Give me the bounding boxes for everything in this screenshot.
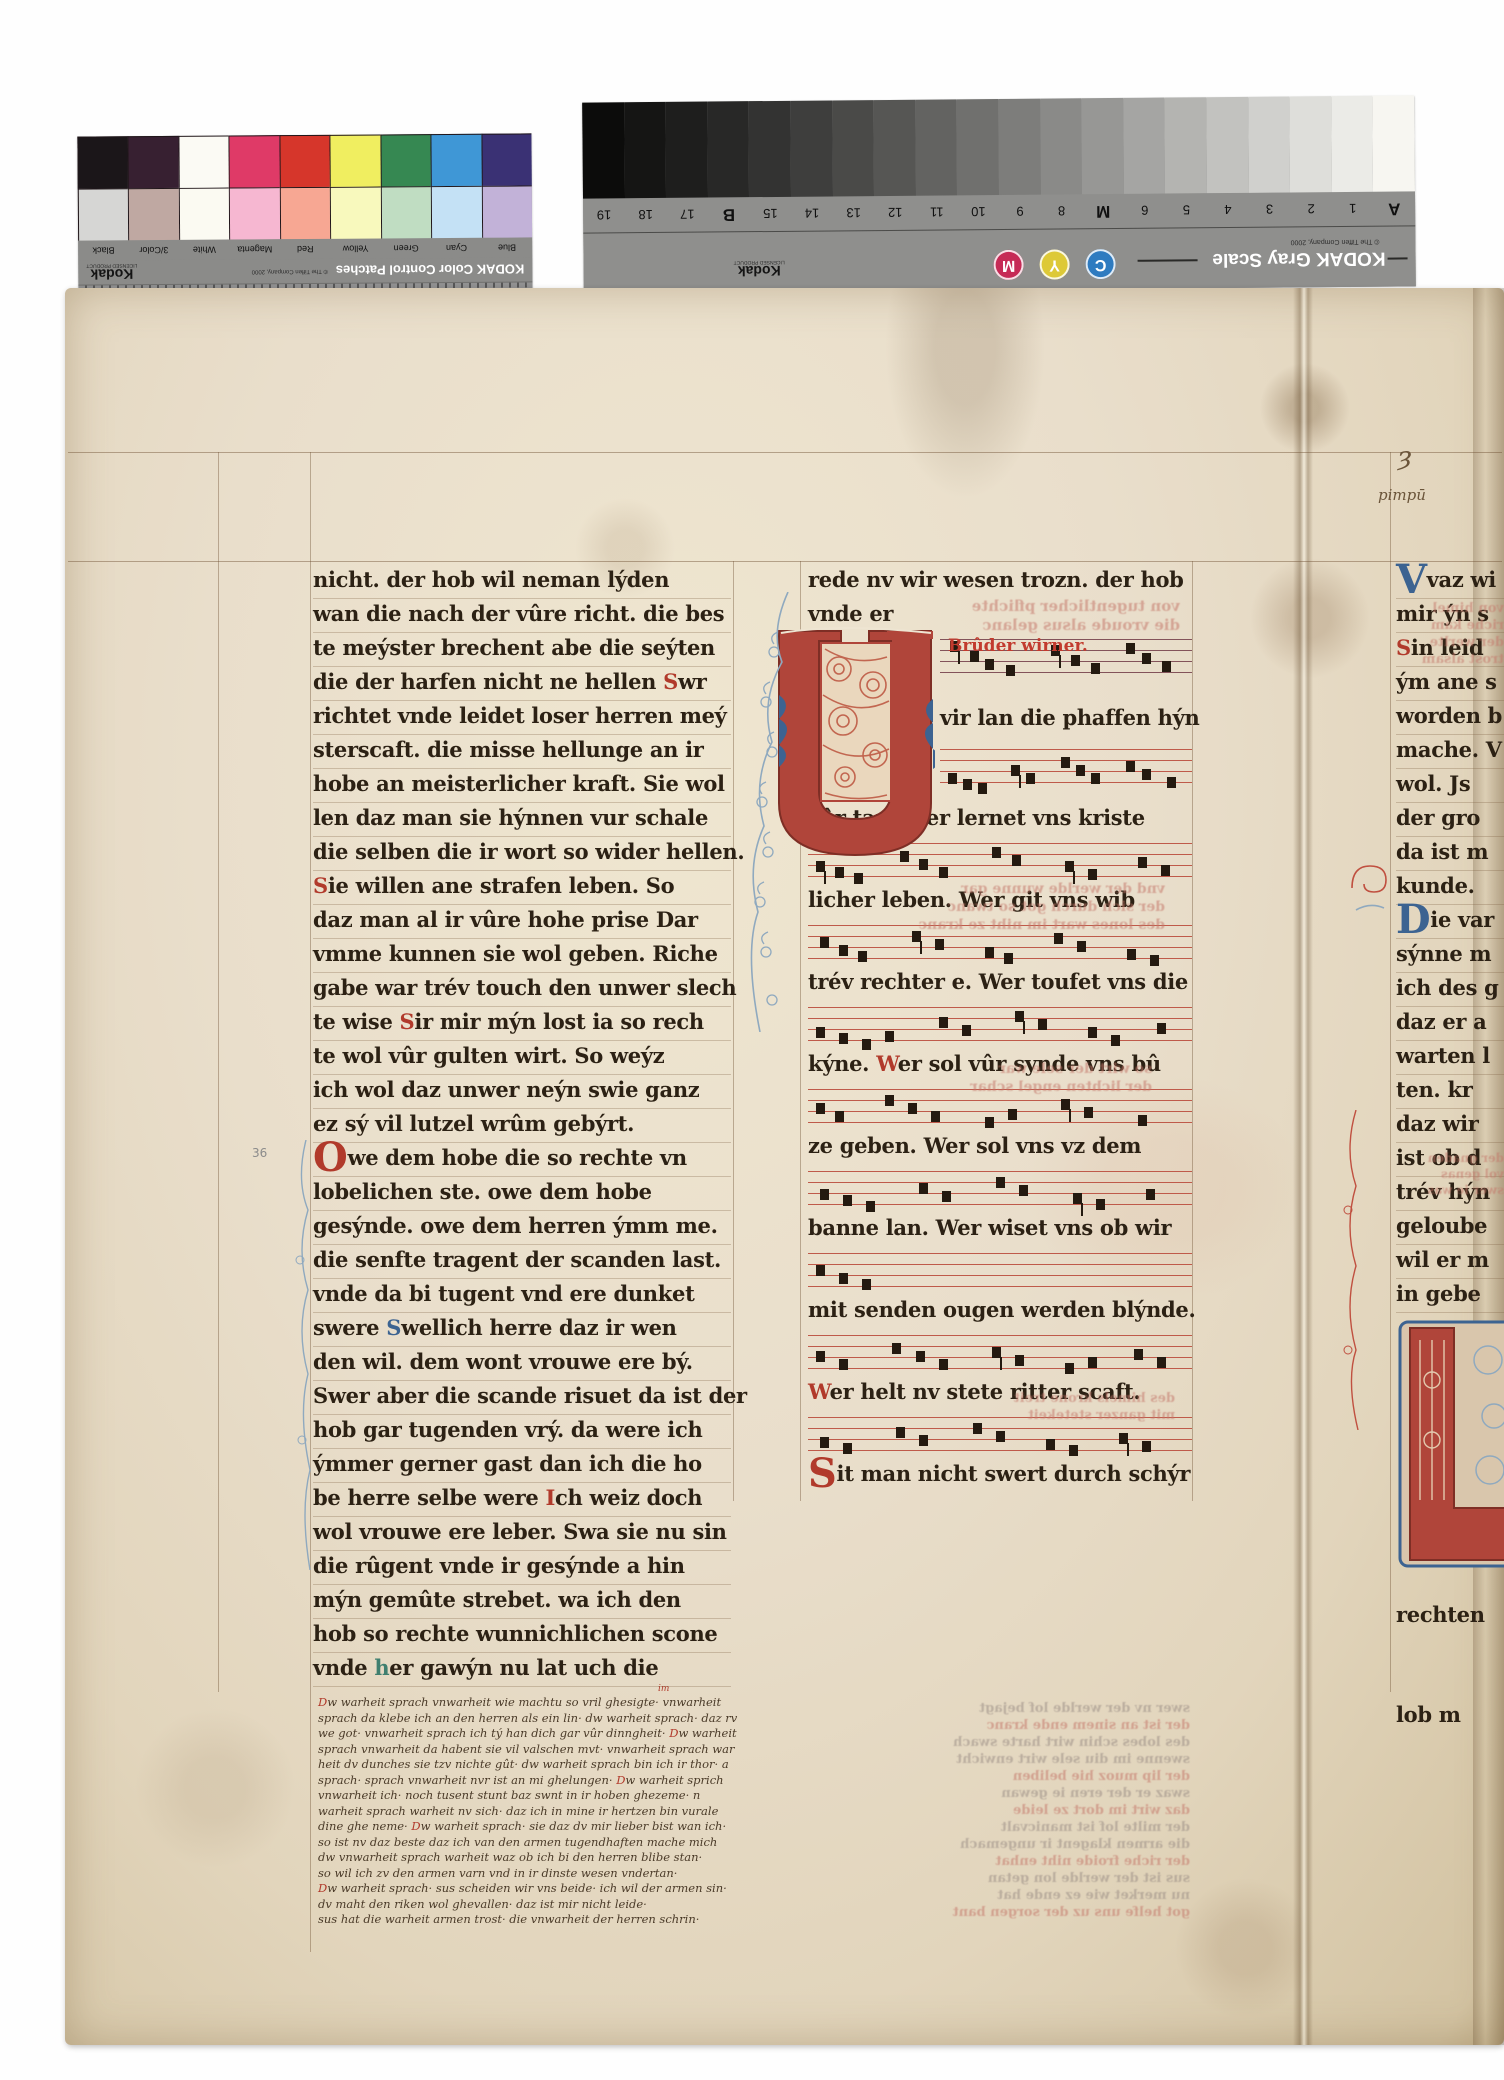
neume-note — [1146, 1189, 1155, 1200]
music-staff — [808, 1001, 1192, 1049]
gray-step-label: 17 — [666, 207, 708, 222]
text-line: ich des g — [1396, 973, 1504, 1007]
text-segment: sterscaft. die misse hellunge an ir — [313, 737, 704, 762]
neume-note — [973, 1423, 982, 1434]
color-patch-dark — [178, 136, 229, 188]
neume-note — [1134, 1349, 1143, 1360]
text-segment: kunde. — [1396, 873, 1475, 898]
gray-step-label: 4 — [1207, 202, 1249, 217]
gray-step-label: 9 — [999, 204, 1041, 219]
color-strip-copyright: © The Tiffen Company, 2000 — [145, 268, 327, 275]
text-segment: kýne. — [808, 1051, 876, 1076]
neume-note — [816, 1265, 825, 1276]
text-line: so wil ich zv den armen varn vnd in ir d… — [318, 1866, 798, 1882]
text-segment: we got· vnwarheit sprach ich tý han dich… — [318, 1726, 669, 1740]
text-segment: in gebe — [1396, 1281, 1481, 1306]
decorative-rule — [1388, 257, 1408, 259]
text-line: mir ýn s — [1396, 599, 1504, 633]
text-segment: O — [313, 1135, 347, 1181]
text-segment: D — [318, 1881, 327, 1895]
text-line: die der harfen nicht ne hellen Swr — [313, 667, 731, 701]
text-segment: vir lan die phaffen hýn — [940, 705, 1199, 730]
color-patch-dark — [431, 134, 482, 186]
decorative-rule — [1138, 259, 1198, 262]
patch-label: Yellow — [330, 238, 381, 258]
neume-note — [862, 1279, 871, 1290]
text-segment: dine ghe neme· — [318, 1819, 411, 1833]
text-line: in gebe — [1396, 1279, 1504, 1313]
text-line: mýn gemûte strebet. wa ich den — [313, 1585, 731, 1619]
color-patch-dark — [229, 135, 280, 187]
neume-note — [1138, 1115, 1147, 1126]
right-text-column: Vvaz wimir ýn sSin leidým ane sworden bm… — [1396, 565, 1504, 1313]
text-segment: ist ob d — [1396, 1145, 1481, 1170]
text-line: ým ane s — [1396, 667, 1504, 701]
text-segment: warheit sprach warheit nv sich· daz ich … — [318, 1804, 718, 1818]
neume-note — [896, 1427, 905, 1438]
gray-step — [1081, 98, 1123, 194]
text-segment: be herre selbe were — [313, 1485, 545, 1510]
text-segment: ich wol daz unwer neýn swie ganz — [313, 1077, 699, 1102]
text-segment: der gro — [1396, 805, 1480, 830]
text-segment: mache. V — [1396, 737, 1502, 762]
music-staff — [808, 919, 1192, 967]
patch-label: Green — [381, 238, 432, 258]
scanned-manuscript-page: 12345678910111213141516171819 Centimetre… — [0, 0, 1504, 2080]
gray-step-label: 1 — [1332, 201, 1374, 216]
neume-note — [962, 1025, 971, 1036]
neume-note — [992, 847, 1001, 858]
text-line: ýmmer gerner gast dan ich die ho — [313, 1449, 731, 1483]
gray-step-label: 8 — [1041, 204, 1083, 219]
text-segment: swere — [313, 1315, 386, 1340]
cym-dots: CYM — [993, 249, 1115, 280]
text-segment: geloube — [1396, 1213, 1487, 1238]
ruling-line — [1192, 561, 1193, 1501]
neume-note — [992, 1347, 1001, 1358]
penwork-flourish-blue — [748, 592, 796, 1032]
text-segment: banne lan. Wer wiset vns ob wir — [808, 1215, 1171, 1240]
text-segment: D — [1396, 897, 1430, 943]
music-staff — [808, 1165, 1192, 1213]
neume-note — [1088, 869, 1097, 880]
text-segment: er helt nv stete ritter scaft. — [830, 1379, 1141, 1404]
text-line: Dw warheit sprach vnwarheit wie machtu s… — [318, 1695, 798, 1711]
neume-note — [835, 867, 844, 878]
patch-label: Red — [280, 239, 331, 259]
text-line: die rûgent vnde ir gesýnde a hin — [313, 1551, 731, 1585]
licensed-product-label: LICENSED PRODUCT — [734, 259, 785, 264]
kodak-color-control-strip: 12345678910111213141516171819 Centimetre… — [77, 134, 532, 307]
text-segment: die rûgent vnde ir gesýnde a hin — [313, 1553, 685, 1578]
neume-note — [919, 1435, 928, 1446]
neume-note — [919, 859, 928, 870]
text-segment: S — [1396, 635, 1411, 660]
neume-note — [1046, 1439, 1055, 1450]
text-line: wol. Js — [1396, 769, 1504, 803]
text-line: ten. kr — [1396, 1075, 1504, 1109]
gray-step — [790, 100, 832, 196]
text-segment: ie willen ane strafen leben. So — [328, 873, 674, 898]
kodak-logo: Kodak — [86, 268, 137, 282]
text-line: mache. V — [1396, 735, 1504, 769]
neume-note — [996, 1177, 1005, 1188]
text-line: sprach vnwarheit da habent sie vil valsc… — [318, 1742, 798, 1758]
text-segment: trév hýn — [1396, 1179, 1490, 1204]
music-text-line: ze geben. Wer sol vns vz dem — [808, 1131, 1192, 1165]
text-line: ist ob d — [1396, 1143, 1504, 1177]
text-line: richtet vnde leidet loser herren meý — [313, 701, 731, 735]
music-staff — [940, 743, 1192, 803]
neume-note — [908, 1103, 917, 1114]
text-line: te meýster brechent abe die seýten — [313, 633, 731, 667]
pencil-foliation: 36 — [252, 1146, 267, 1160]
gray-step — [582, 102, 624, 198]
neume-note — [935, 939, 944, 950]
text-line: die selben die ir wort so wider hellen. — [313, 837, 731, 871]
text-line: we got· vnwarheit sprach ich tý han dich… — [318, 1726, 798, 1742]
staff-lines — [808, 1007, 1192, 1041]
gray-step — [1289, 96, 1331, 192]
color-patch-dark — [279, 135, 330, 187]
gray-step-label: 11 — [916, 205, 958, 220]
light-patch-row — [78, 185, 532, 240]
neume-note — [1076, 765, 1085, 776]
text-line: dine ghe neme· Dw warheit sprach· sie da… — [318, 1819, 798, 1835]
text-segment: vnde — [313, 1655, 374, 1680]
gray-step-label: M — [1082, 201, 1124, 221]
text-segment: S — [400, 1009, 415, 1034]
text-segment: W — [876, 1051, 898, 1076]
text-line: te wise Sir mir mýn lost ia so rech — [313, 1007, 731, 1041]
text-segment: W — [808, 1379, 830, 1404]
text-segment: we dem hobe die so rechte vn — [347, 1145, 686, 1170]
music-text-line: vir lan die phaffen hýn — [940, 703, 1192, 743]
text-segment: er gawýn nu lat uch die — [389, 1655, 658, 1680]
text-segment: lobelichen ste. owe dem hobe — [313, 1179, 652, 1204]
text-line: Vvaz wi — [1396, 565, 1504, 599]
text-segment: ez sý vil lutzel wrûm gebýrt. — [313, 1111, 634, 1136]
text-segment: te meýster brechent abe die seýten — [313, 635, 715, 660]
text-segment: te wise — [313, 1009, 400, 1034]
text-segment: gabe war trév touch den unwer slech — [313, 975, 736, 1000]
music-staff — [808, 1411, 1192, 1459]
patch-label: White — [179, 240, 230, 260]
text-segment: rede nv wir wesen trozn. der hob — [808, 567, 1184, 592]
neume-note — [1073, 1193, 1082, 1204]
text-segment: licher leben. Wer git vns wib — [808, 887, 1135, 912]
text-line: wil er m — [1396, 1245, 1504, 1279]
neume-note — [1161, 865, 1170, 876]
neume-note — [1006, 665, 1015, 676]
text-segment: w warheit sprich — [625, 1773, 723, 1787]
text-line: lob m — [1396, 1700, 1504, 1734]
text-line: vnde her gawýn nu lat uch die — [313, 1653, 731, 1687]
text-segment: w warheit — [678, 1726, 736, 1740]
color-patch-dark — [128, 136, 179, 188]
neume-note — [1091, 773, 1100, 784]
color-dot-c: C — [1085, 249, 1115, 279]
text-line: warheit sprach warheit nv sich· daz ich … — [318, 1804, 798, 1820]
text-line: warten l — [1396, 1041, 1504, 1075]
illuminated-initial-l — [1398, 1320, 1504, 1568]
text-line: be herre selbe were Ich weiz doch — [313, 1483, 731, 1517]
text-segment: er sol vûr synde vns bû — [898, 1051, 1161, 1076]
licensed-product-label: LICENSED PRODUCT — [86, 263, 137, 268]
text-segment: h — [374, 1655, 389, 1680]
text-line: vnde da bi tugent vnd ere dunket — [313, 1279, 731, 1313]
text-segment: sus hat die warheit armen trost· die vnw… — [318, 1912, 699, 1926]
text-segment: die senfte tragent der scanden last. — [313, 1247, 721, 1272]
text-segment: mit senden ougen werden blýnde. — [808, 1297, 1196, 1322]
color-patch-light — [330, 186, 381, 238]
gray-step — [624, 102, 666, 198]
neume-note — [885, 1031, 894, 1042]
text-line: wol vrouwe ere leber. Swa sie nu sin — [313, 1517, 731, 1551]
gray-step — [665, 102, 707, 198]
text-line: ich wol daz unwer neýn swie ganz — [313, 1075, 731, 1109]
text-segment: warten l — [1396, 1043, 1490, 1068]
gray-step-label: 5 — [1166, 203, 1208, 218]
text-segment: S — [386, 1315, 401, 1340]
text-segment: gesýnde. owe dem herren ýmm me. — [313, 1213, 718, 1238]
text-line: te wol vûr gulten wirt. So weýz — [313, 1041, 731, 1075]
neume-note — [839, 1359, 848, 1370]
text-segment: richtet vnde leidet loser herren meý — [313, 703, 727, 728]
neume-note — [939, 1359, 948, 1370]
text-segment: daz wir — [1396, 1111, 1479, 1136]
neume-note — [820, 1437, 829, 1448]
neume-note — [816, 1103, 825, 1114]
text-line: Swer aber die scande risuet da ist der — [313, 1381, 731, 1415]
text-line: rechten — [1396, 1600, 1504, 1634]
gray-step — [707, 101, 749, 197]
text-segment: w warheit sprach· sie daz dv mir lieber … — [421, 1819, 727, 1833]
neume-note — [1142, 653, 1151, 664]
text-segment: vmme kunnen sie wol geben. Riche — [313, 941, 718, 966]
color-dot-y: Y — [1039, 249, 1069, 279]
text-segment: sprach vnwarheit da habent sie vil valsc… — [318, 1742, 735, 1756]
neume-note — [1069, 1445, 1078, 1456]
neume-note — [939, 867, 948, 878]
color-patch-light — [128, 188, 179, 240]
text-segment: it man nicht swert durch schýr — [837, 1461, 1191, 1486]
neume-note — [1111, 1035, 1120, 1046]
quire-mark: ȝ — [1398, 442, 1412, 472]
neume-note — [1038, 1019, 1047, 1030]
text-segment: wellich herre daz ir wen — [401, 1315, 677, 1340]
text-segment: ýmmer gerner gast dan ich die ho — [313, 1451, 702, 1476]
gray-step — [1331, 96, 1373, 192]
neume-note — [1167, 777, 1176, 788]
text-segment: die der harfen nicht ne hellen — [313, 669, 663, 694]
text-segment: w warheit sprach· sus scheiden wir vns b… — [327, 1881, 727, 1895]
neume-note — [839, 945, 848, 956]
ruling-line — [733, 561, 734, 1501]
margin-flourish-blue — [292, 1140, 314, 1570]
text-line: da ist m — [1396, 837, 1504, 871]
text-segment: lob m — [1396, 1702, 1461, 1727]
text-segment: S — [663, 669, 678, 694]
neume-note — [858, 951, 867, 962]
gray-scale-title: KODAK Gray Scale — [1212, 247, 1385, 271]
text-line: vmme kunnen sie wol geben. Riche — [313, 939, 731, 973]
rubric-bruder-wirner: Brûder wirner. — [948, 636, 1088, 656]
text-line: dw vnwarheit sprach warheit waz ob ich b… — [318, 1850, 798, 1866]
text-line: vnwarheit ich· noch tusent stunt baz swn… — [318, 1788, 798, 1804]
text-line: so ist nv daz beste daz ich van den arme… — [318, 1835, 798, 1851]
text-segment: daz man al ir vûre hohe prise Dar — [313, 907, 698, 932]
gray-step — [957, 99, 999, 195]
gray-step-label: B — [708, 204, 750, 224]
neume-note — [1096, 1199, 1105, 1210]
text-segment: wil er m — [1396, 1247, 1489, 1272]
neume-note — [1019, 1185, 1028, 1196]
neume-note — [820, 1189, 829, 1200]
text-segment: w warheit sprach vnwarheit wie machtu so… — [327, 1695, 721, 1709]
text-line: den wil. dem wont vrouwe ere bý. — [313, 1347, 731, 1381]
gray-step — [1040, 98, 1082, 194]
neume-note — [839, 1273, 848, 1284]
neume-note — [843, 1443, 852, 1454]
neume-note — [963, 779, 972, 790]
music-staff — [808, 1083, 1192, 1131]
gray-step — [1206, 97, 1248, 193]
text-line: lobelichen ste. owe dem hobe — [313, 1177, 731, 1211]
text-line: sterscaft. die misse hellunge an ir — [313, 735, 731, 769]
color-patch-light — [229, 187, 280, 239]
text-line: heit dv dunches sie tzv nichte gût· dw w… — [318, 1757, 798, 1773]
text-line: nicht. der hob wil neman lýden — [313, 565, 731, 599]
neume-note — [1126, 643, 1135, 654]
text-line: der gro — [1396, 803, 1504, 837]
text-line: gabe war trév touch den unwer slech — [313, 973, 731, 1007]
text-line: len daz man sie hýnnen vur schale — [313, 803, 731, 837]
neume-note — [816, 861, 825, 872]
left-text-column: nicht. der hob wil neman lýdenwan die na… — [313, 565, 731, 1687]
color-dot-m: M — [993, 250, 1023, 280]
addendum-cursive-note: Dw warheit sprach vnwarheit wie machtu s… — [318, 1695, 798, 1928]
text-line: gesýnde. owe dem herren ýmm me. — [313, 1211, 731, 1245]
text-segment: so ist nv daz beste daz ich van den arme… — [318, 1835, 717, 1849]
text-segment: da ist m — [1396, 839, 1488, 864]
gray-step-label: 14 — [791, 206, 833, 221]
gray-step — [1123, 98, 1165, 194]
neume-note — [1015, 1355, 1024, 1366]
color-patch-light — [380, 186, 431, 238]
neume-note — [1012, 855, 1021, 866]
neume-note — [912, 931, 921, 942]
neume-note — [1119, 1433, 1128, 1444]
gray-step — [749, 101, 791, 197]
neume-note — [854, 873, 863, 884]
neume-note — [843, 1195, 852, 1206]
neume-note — [1157, 1357, 1166, 1368]
gray-step-patches — [582, 95, 1415, 198]
text-segment: wol vrouwe ere leber. Swa sie nu sin — [313, 1519, 727, 1544]
neume-note — [985, 659, 994, 670]
patch-labels-row: BlueCyanGreenYellowRedMagentaWhite3/Colo… — [78, 237, 532, 260]
text-segment: worden b — [1396, 703, 1502, 728]
gray-step — [998, 99, 1040, 195]
color-patch-light — [481, 185, 532, 237]
text-segment: hob so rechte wunnichlichen scone — [313, 1621, 717, 1646]
neume-note — [1084, 1107, 1093, 1118]
text-segment: D — [318, 1695, 327, 1709]
neume-note — [816, 1027, 825, 1038]
neume-note — [1127, 949, 1136, 960]
neume-note — [835, 1111, 844, 1122]
text-segment: daz er a — [1396, 1009, 1486, 1034]
text-segment: mýn gemûte strebet. wa ich den — [313, 1587, 681, 1612]
text-segment: wol. Js — [1396, 771, 1470, 796]
gray-step — [1248, 96, 1290, 192]
neume-note — [1061, 1099, 1070, 1110]
neume-note — [1088, 1027, 1097, 1038]
neume-note — [1004, 953, 1013, 964]
kodak-logo: Kodak — [734, 264, 785, 278]
patch-label: Blue — [482, 237, 533, 257]
patch-label: Black — [78, 240, 129, 260]
music-text-line: kýne. Wer sol vûr synde vns bû — [808, 1049, 1192, 1083]
neume-note — [885, 1095, 894, 1106]
text-segment: vnwarheit ich· noch tusent stunt baz swn… — [318, 1788, 700, 1802]
music-text-line: mit senden ougen werden blýnde. — [808, 1295, 1192, 1329]
text-segment: vnde da bi tugent vnd ere dunket — [313, 1281, 694, 1306]
text-segment: die selben die ir wort so wider hellen. — [313, 839, 744, 864]
text-line: dv maht den riken wol ghevallen· daz ist… — [318, 1897, 798, 1913]
illuminated-initial-u — [777, 625, 935, 859]
neume-note — [839, 1033, 848, 1044]
cadel-ornament — [1346, 860, 1390, 916]
text-segment: so wil ich zv den armen varn vnd in ir d… — [318, 1866, 677, 1880]
text-line: hobe an meisterlicher kraft. Sie wol — [313, 769, 731, 803]
text-segment: ich des g — [1396, 975, 1499, 1000]
gray-step — [873, 100, 915, 196]
text-segment: mir ýn s — [1396, 601, 1489, 626]
text-line: daz man al ir vûre hohe prise Dar — [313, 905, 731, 939]
color-patch-light — [431, 186, 482, 238]
text-line: swere Swellich herre daz ir wen — [313, 1313, 731, 1347]
text-segment: ir mir mýn lost ia so rech — [414, 1009, 703, 1034]
text-segment: S — [313, 873, 328, 898]
color-strip-title: KODAK Color Control Patches — [336, 262, 525, 278]
text-line: Sie willen ane strafen leben. So — [313, 871, 731, 905]
neume-note — [892, 1343, 901, 1354]
text-segment: den wil. dem wont vrouwe ere bý. — [313, 1349, 693, 1374]
gray-step — [1165, 97, 1207, 193]
text-segment: ým ane s — [1396, 669, 1497, 694]
color-patch-dark — [77, 136, 128, 188]
neume-note — [916, 1351, 925, 1362]
text-segment: I — [545, 1485, 555, 1510]
music-text-line: trév rechter e. Wer toufet vns die — [808, 967, 1192, 1001]
text-line: ez sý vil lutzel wrûm gebýrt. — [313, 1109, 731, 1143]
text-line: Dw warheit sprach· sus scheiden wir vns … — [318, 1881, 798, 1897]
gray-step-label: A — [1373, 198, 1415, 218]
text-line: die senfte tragent der scanden last. — [313, 1245, 731, 1279]
text-line: sprach· sprach vnwarheit nvr ist an mi g… — [318, 1773, 798, 1789]
text-line: wan die nach der vûre richt. die bes — [313, 599, 731, 633]
text-line: geloube — [1396, 1211, 1504, 1245]
gray-step-label: 10 — [958, 204, 1000, 219]
ruling-line — [218, 452, 219, 1692]
text-line: daz er a — [1396, 1007, 1504, 1041]
gray-step — [1373, 95, 1415, 191]
neume-note — [1061, 757, 1070, 768]
text-segment: sýnne m — [1396, 941, 1491, 966]
gray-step-label: 13 — [833, 206, 875, 221]
